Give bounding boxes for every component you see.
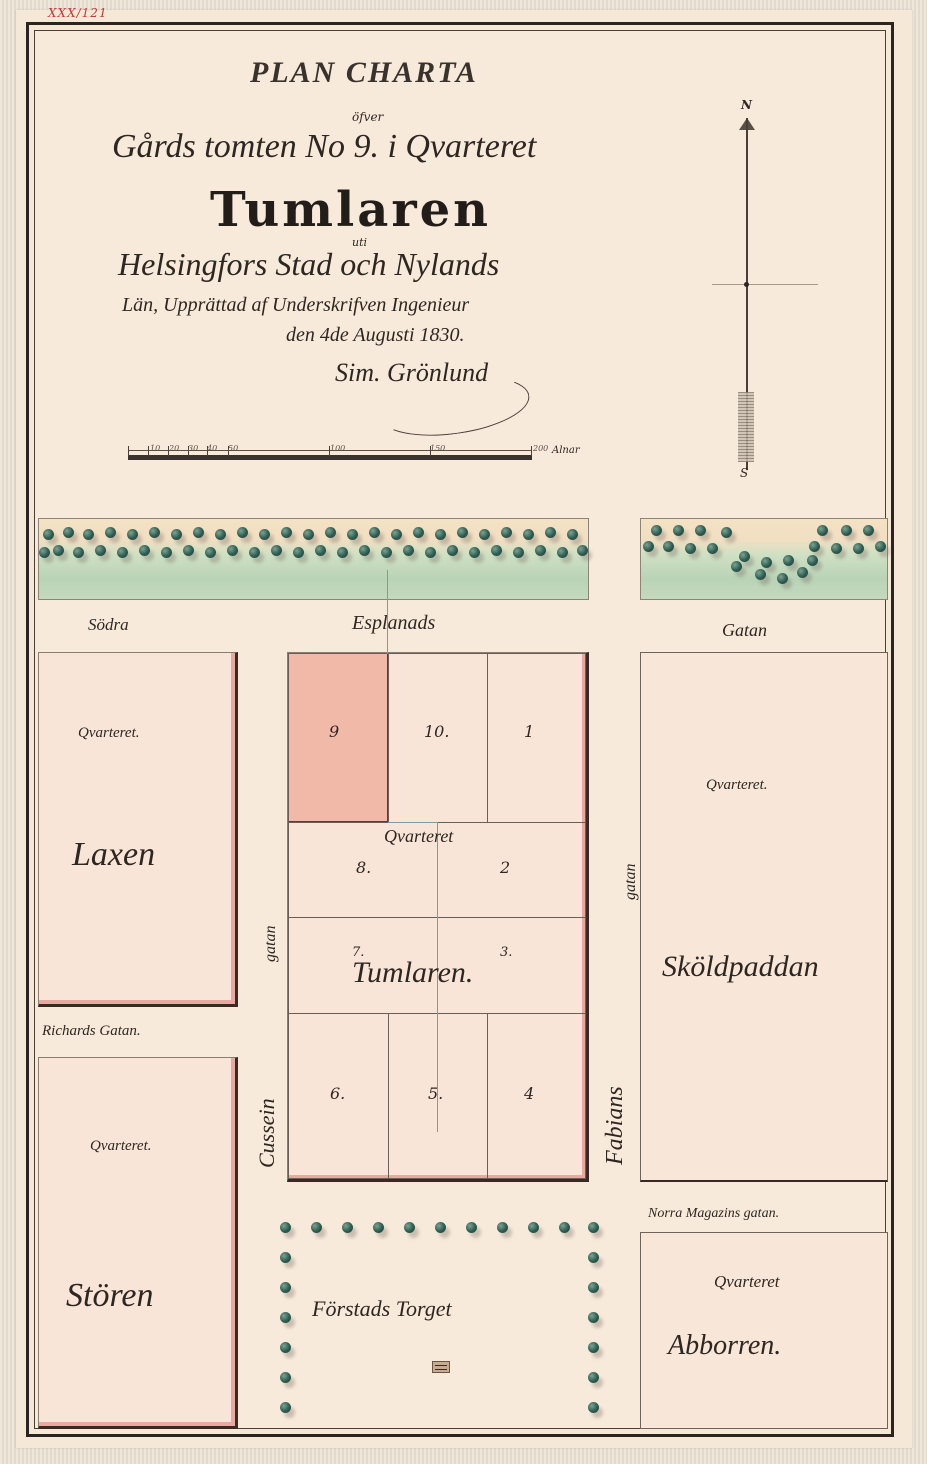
tree-icon: [425, 547, 436, 558]
tree-icon: [237, 527, 248, 538]
tree-icon: [695, 525, 706, 536]
title-location: Helsingfors Stad och Nylands: [118, 246, 499, 283]
tree-icon: [651, 525, 662, 536]
street-label-gatan-top: Gatan: [722, 620, 767, 641]
plot-number-9: 9: [329, 722, 339, 741]
tree-icon: [369, 527, 380, 538]
plot-number-2: 2: [500, 858, 510, 877]
tree-icon: [193, 527, 204, 538]
tree-icon: [139, 545, 150, 556]
tree-icon: [53, 545, 64, 556]
plot-number-5: 5.: [428, 1084, 443, 1103]
scale-label: 40: [207, 444, 217, 453]
scale-tick: [128, 446, 129, 456]
scale-label: 30: [188, 444, 198, 453]
street-label-richards: Richards Gatan.: [42, 1023, 141, 1040]
scale-label: 100: [330, 444, 345, 453]
square-forstads-torget[interactable]: [280, 1222, 600, 1427]
quarter-tumlaren-name: Tumlaren.: [352, 956, 473, 990]
compass-crossline: [712, 284, 818, 285]
tree-icon: [707, 543, 718, 554]
tree-icon: [535, 545, 546, 556]
title-subject: Gårds tomten No 9. i Qvarteret: [112, 128, 536, 166]
tree-icon: [95, 545, 106, 556]
map-title: PLAN CHARTA: [250, 56, 478, 90]
plot-number-1: 1: [524, 722, 534, 741]
square-name-label: Förstads Torget: [312, 1296, 452, 1322]
tree-icon: [577, 545, 588, 556]
tree-icon: [875, 541, 886, 552]
tree-icon: [73, 547, 84, 558]
tree-icon: [413, 527, 424, 538]
plot-4[interactable]: [487, 1013, 586, 1179]
tree-icon: [761, 557, 772, 568]
tree-icon: [205, 547, 216, 558]
tree-icon: [643, 541, 654, 552]
street-label-fabians-gatan: gatan: [622, 864, 640, 900]
tree-icon: [280, 1252, 291, 1263]
tree-icon: [466, 1222, 477, 1233]
tree-icon: [83, 529, 94, 540]
tree-icon: [588, 1312, 599, 1323]
title-quarter-name: Tumlaren: [210, 182, 491, 238]
scale-unit: Alnar: [552, 445, 580, 456]
tree-icon: [588, 1342, 599, 1353]
tree-icon: [280, 1222, 291, 1233]
tree-icon: [469, 547, 480, 558]
tree-icon: [497, 1222, 508, 1233]
plot-number-4: 4: [524, 1084, 534, 1103]
tree-icon: [479, 529, 490, 540]
tree-icon: [403, 545, 414, 556]
tree-icon: [183, 545, 194, 556]
plot-number-8: 8.: [356, 858, 371, 877]
tree-icon: [588, 1372, 599, 1383]
quarter-tumlaren-label: Qvarteret: [384, 826, 453, 847]
plot-number-10: 10.: [424, 722, 449, 741]
tree-icon: [817, 525, 828, 536]
tree-icon: [721, 527, 732, 538]
title-date: den 4de Augusti 1830.: [286, 324, 465, 347]
tree-icon: [373, 1222, 384, 1233]
tree-icon: [105, 527, 116, 538]
compass-north-label: N: [741, 98, 752, 112]
plot-1[interactable]: [487, 653, 586, 823]
quarter-laxen-label: Qvarteret.: [78, 725, 140, 742]
tree-icon: [259, 529, 270, 540]
scale-tick: [531, 446, 532, 456]
tree-icon: [171, 529, 182, 540]
tree-icon: [315, 545, 326, 556]
scale-label: 20: [169, 444, 179, 453]
plot-number-3: 3.: [500, 945, 512, 960]
tree-icon: [280, 1312, 291, 1323]
street-label-norra-magazins: Norra Magazins gatan.: [648, 1206, 779, 1222]
tree-icon: [227, 545, 238, 556]
tree-icon: [841, 525, 852, 536]
street-label-esplanade: Esplanads: [352, 612, 435, 635]
tree-icon: [337, 547, 348, 558]
catalog-mark: XXX/121: [48, 6, 108, 20]
tree-icon: [588, 1402, 599, 1413]
tree-icon: [809, 541, 820, 552]
compass-feather-icon: [738, 392, 754, 462]
tree-icon: [43, 529, 54, 540]
tree-icon: [739, 551, 750, 562]
tree-icon: [127, 529, 138, 540]
quarter-storen-label: Qvarteret.: [90, 1138, 152, 1155]
street-label-sodra: Södra: [88, 615, 129, 635]
tree-icon: [685, 543, 696, 554]
street-label-cussein-gatan: gatan: [262, 926, 280, 962]
tree-icon: [293, 547, 304, 558]
quarter-laxen-name: Laxen: [72, 836, 155, 874]
compass-south-label: S: [740, 466, 748, 480]
tree-icon: [853, 543, 864, 554]
tree-icon: [588, 1282, 599, 1293]
tree-icon: [731, 561, 742, 572]
tree-icon: [755, 569, 766, 580]
tree-icon: [797, 567, 808, 578]
tree-icon: [513, 547, 524, 558]
tree-icon: [863, 525, 874, 536]
tree-icon: [457, 527, 468, 538]
scale-label: 10: [150, 444, 160, 453]
compass-center: [744, 282, 749, 287]
tree-icon: [359, 545, 370, 556]
scale-label: 150: [430, 444, 445, 453]
tree-icon: [249, 547, 260, 558]
street-label-cussein: Cussein: [254, 1098, 280, 1168]
title-ofver: öfver: [352, 110, 383, 124]
tree-icon: [588, 1222, 599, 1233]
tree-icon: [381, 547, 392, 558]
tree-icon: [39, 547, 50, 558]
tree-icon: [271, 545, 282, 556]
tree-icon: [280, 1402, 291, 1413]
tree-icon: [342, 1222, 353, 1233]
tree-icon: [663, 541, 674, 552]
quarter-abborren-name: Abborren.: [668, 1330, 781, 1362]
tree-icon: [567, 529, 578, 540]
quarter-storen[interactable]: [38, 1057, 238, 1429]
tree-icon: [807, 555, 818, 566]
tree-icon: [311, 1222, 322, 1233]
quarter-skoldpaddan[interactable]: [640, 652, 888, 1182]
tree-icon: [215, 529, 226, 540]
survey-line: [388, 822, 438, 823]
quarter-skoldpaddan-label: Qvarteret.: [706, 777, 768, 794]
tree-icon: [435, 529, 446, 540]
plot-number-6: 6.: [330, 1084, 345, 1103]
tree-icon: [491, 545, 502, 556]
tree-icon: [63, 527, 74, 538]
tree-icon: [404, 1222, 415, 1233]
tree-icon: [673, 525, 684, 536]
esplanade-park-west: [38, 518, 589, 600]
title-author-line: Län, Upprättad af Underskrifven Ingenieu…: [122, 294, 469, 317]
scale-label: 200: [533, 444, 548, 453]
tree-icon: [545, 527, 556, 538]
tree-icon: [280, 1342, 291, 1353]
tree-icon: [281, 527, 292, 538]
tree-icon: [280, 1282, 291, 1293]
quarter-abborren-label: Qvarteret: [714, 1272, 779, 1292]
street-label-fabians: Fabians: [602, 1086, 629, 1165]
tree-icon: [117, 547, 128, 558]
survey-line: [387, 570, 388, 654]
tree-icon: [447, 545, 458, 556]
tree-icon: [161, 547, 172, 558]
square-monument-icon: [432, 1361, 450, 1373]
tree-icon: [303, 529, 314, 540]
tree-icon: [280, 1372, 291, 1383]
scale-tick: [148, 446, 149, 456]
quarter-laxen[interactable]: [38, 652, 238, 1007]
tree-icon: [435, 1222, 446, 1233]
tree-icon: [783, 555, 794, 566]
tree-icon: [347, 529, 358, 540]
tree-icon: [528, 1222, 539, 1233]
tree-icon: [559, 1222, 570, 1233]
tree-icon: [777, 573, 788, 584]
tree-icon: [588, 1252, 599, 1263]
tree-icon: [149, 527, 160, 538]
scale-label: 50: [228, 444, 238, 453]
tree-icon: [391, 529, 402, 540]
tree-icon: [523, 529, 534, 540]
esplanade-park-east: [640, 518, 888, 600]
quarter-skoldpaddan-name: Sköldpaddan: [662, 950, 819, 984]
quarter-storen-name: Stören: [66, 1277, 154, 1315]
tree-icon: [325, 527, 336, 538]
tree-icon: [557, 547, 568, 558]
tree-icon: [831, 543, 842, 554]
tree-icon: [501, 527, 512, 538]
